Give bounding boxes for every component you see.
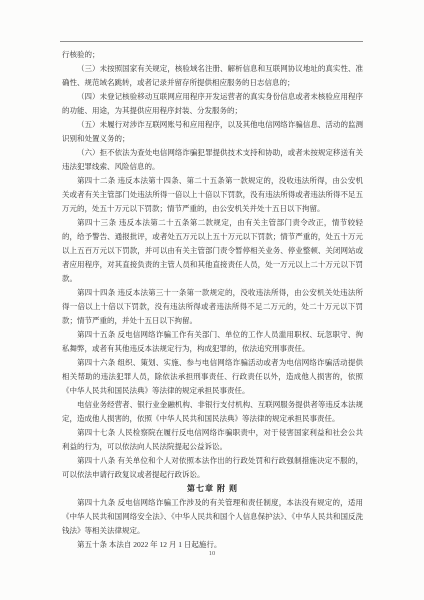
document-page: 行核验的； （三）未按照国家有关规定，核验域名注册、解析信息和互联网协议地址的真…	[0, 0, 424, 600]
page-number: 10	[0, 549, 424, 559]
paragraph-article-48: 第四十八条 有关单位和个人对依照本法作出的行政处罚和行政强制措施决定不服的，可以…	[62, 454, 363, 482]
paragraph-article-43: 第四十三条 违反本法第二十五条第二款规定，由有关主管部门责令改正，情节较轻的，给…	[62, 216, 363, 286]
paragraph-item-3: （三）未按照国家有关规定，核验域名注册、解析信息和互联网协议地址的真实性、准确性…	[62, 62, 363, 90]
law-text-body: 行核验的； （三）未按照国家有关规定，核验域名注册、解析信息和互联网协议地址的真…	[62, 48, 363, 552]
paragraph-article-49: 第四十九条 反电信网络诈骗工作涉及的有关管理和责任制度，本法没有规定的，适用《中…	[62, 496, 363, 538]
paragraph-article-47: 第四十七条 人民检察院在履行反电信网络诈骗职责中，对于侵害国家利益和社会公共利益…	[62, 426, 363, 454]
paragraph-article-42: 第四十二条 违反本法第十四条、第二十五条第一款规定的，没收违法所得，由公安机关或…	[62, 174, 363, 216]
paragraph-item-6: （六）拒不依法为查处电信网络诈骗犯罪提供技术支持和协助，或者未按规定移送有关违法…	[62, 146, 363, 174]
header-rule	[60, 41, 363, 42]
paragraph-item-5: （五）未履行对涉诈互联网账号和应用程序，以及其他电信网络诈骗信息、活动的监测识别…	[62, 118, 363, 146]
chapter-heading: 第七章 附 则	[62, 482, 363, 496]
paragraph-article-46-clause-2: 电信业务经营者、银行业金融机构、非银行支付机构、互联网服务提供者等违反本法规定，…	[62, 398, 363, 426]
paragraph-article-46: 第四十六条 组织、策划、实施、参与电信网络诈骗活动或者为电信网络诈骗活动提供相关…	[62, 356, 363, 398]
paragraph-continuation: 行核验的；	[62, 48, 363, 62]
paragraph-article-45: 第四十五条 反电信网络诈骗工作有关部门、单位的工作人员滥用职权、玩忽职守、徇私舞…	[62, 328, 363, 356]
paragraph-item-4: （四）未登记核验移动互联网应用程序开发运营者的真实身份信息或者未核验应用程序的功…	[62, 90, 363, 118]
paragraph-article-44: 第四十四条 违反本法第三十一条第一款规定的，没收违法所得，由公安机关处违法所得一…	[62, 286, 363, 328]
